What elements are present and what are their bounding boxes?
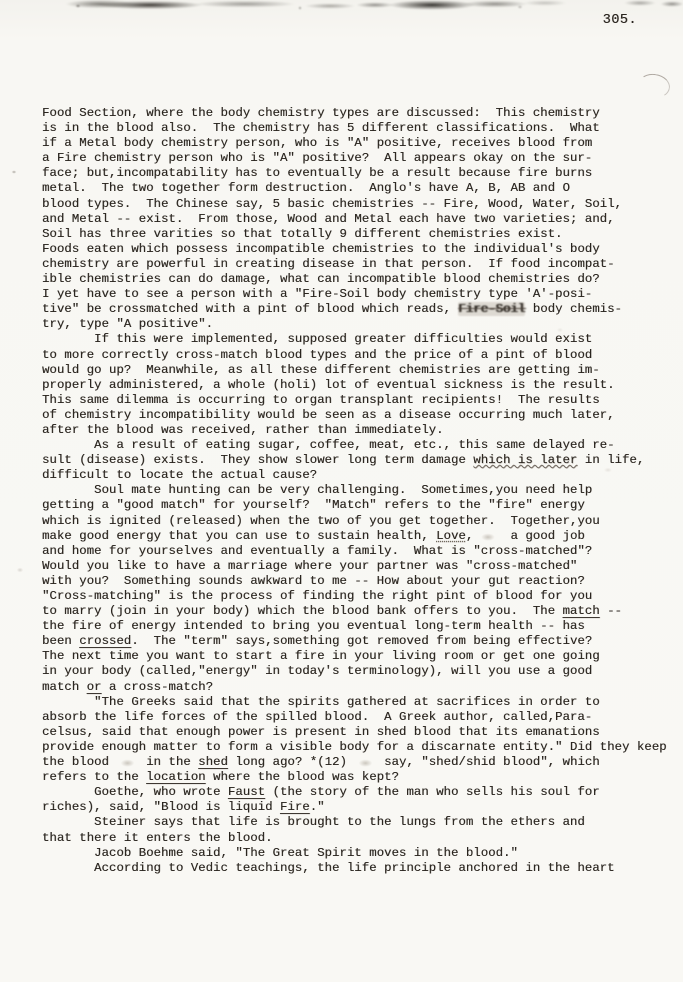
text-line: face; but,incompatability has to eventua… xyxy=(42,166,667,181)
text-line: provide enough matter to form a visible … xyxy=(42,740,667,755)
underlined-word: shed xyxy=(198,755,228,769)
text-line: been crossed. The "term" says,something … xyxy=(42,634,667,649)
text-line: Steiner says that life is brought to the… xyxy=(42,815,667,830)
text-line: Soil has three varities so that totally … xyxy=(42,227,667,242)
scan-edge-smudge xyxy=(0,0,683,20)
underlined-word: match xyxy=(563,604,600,618)
text-line: Goethe, who wrote Faust (the story of th… xyxy=(42,785,667,800)
text-line: The next time you want to start a fire i… xyxy=(42,649,667,664)
pen-arc-mark xyxy=(636,72,671,100)
text-line: "Cross-matching" is the process of findi… xyxy=(42,589,667,604)
text-line: with you? Something sounds awkward to me… xyxy=(42,574,667,589)
text-line: Jacob Boehme said, "The Great Spirit mov… xyxy=(42,846,667,861)
text-line: if a Metal body chemistry person, who is… xyxy=(42,136,667,151)
text-line: blood types. The Chinese say, 5 basic ch… xyxy=(42,197,667,212)
text-line: is in the blood also. The chemistry has … xyxy=(42,121,667,136)
text-line: refers to the location where the blood w… xyxy=(42,770,667,785)
pen-scribble: which is later xyxy=(473,453,577,467)
text-line: tive" be crossmatched with a pint of blo… xyxy=(42,302,667,317)
scanned-typewritten-page: 305. Food Section, where the body chemis… xyxy=(0,0,683,982)
page-number: 305. xyxy=(603,13,637,28)
underlined-word: Faust xyxy=(228,785,265,799)
faint-pencil-mark xyxy=(354,755,376,769)
text-line: Soul mate hunting can be very challengin… xyxy=(42,483,667,498)
underlined-word: crossed xyxy=(79,634,131,648)
text-line: and home for yourselves and eventually a… xyxy=(42,544,667,559)
text-line: in your body (called,"energy" in today's… xyxy=(42,664,667,679)
text-line: ible chemistries can do damage, what can… xyxy=(42,272,667,287)
text-line: make good energy that you can use to sus… xyxy=(42,529,667,544)
text-line: According to Vedic teachings, the life p… xyxy=(42,861,667,876)
text-line: chemistry are powerful in creating disea… xyxy=(42,257,667,272)
text-line: riches), said, "Blood is liquid Fire." xyxy=(42,800,667,815)
overtyped-correction: Fire-Soil xyxy=(458,302,525,316)
text-line: to more correctly cross-match blood type… xyxy=(42,348,667,363)
text-line: the blood in the shed long ago? *(12) sa… xyxy=(42,755,667,770)
underlined-word: location xyxy=(146,770,206,784)
text-line: the fire of energy intended to bring you… xyxy=(42,619,667,634)
inserted-word: Love xyxy=(436,529,466,543)
underlined-word: Fire xyxy=(280,800,310,814)
text-line: match or a cross-match? xyxy=(42,680,667,695)
text-line: I yet have to see a person with a "Fire-… xyxy=(42,287,667,302)
underlined-word: or xyxy=(87,680,102,694)
text-line: This same dilemma is occurring to organ … xyxy=(42,393,667,408)
text-line: try, type "A positive". xyxy=(42,317,667,332)
text-line: difficult to locate the actual cause? xyxy=(42,468,667,483)
text-line: would go up? Meanwhile, as all these dif… xyxy=(42,363,667,378)
text-line: If this were implemented, supposed great… xyxy=(42,332,667,347)
text-line: properly administered, a whole (holi) lo… xyxy=(42,378,667,393)
text-line: absorb the life forces of the spilled bl… xyxy=(42,710,667,725)
text-line: celsus, said that enough power is presen… xyxy=(42,725,667,740)
faint-pencil-mark xyxy=(116,755,138,769)
text-line: As a result of eating sugar, coffee, mea… xyxy=(42,438,667,453)
text-line: after the blood was received, rather tha… xyxy=(42,423,667,438)
text-line: Food Section, where the body chemistry t… xyxy=(42,106,667,121)
text-line: getting a "good match" for yourself? "Ma… xyxy=(42,498,667,513)
faint-pencil-mark xyxy=(473,529,503,543)
text-line: "The Greeks said that the spirits gather… xyxy=(42,695,667,710)
text-line: and Metal -- exist. From those, Wood and… xyxy=(42,212,667,227)
text-line: to marry (join in your body) which the b… xyxy=(42,604,667,619)
text-line: Foods eaten which possess incompatible c… xyxy=(42,242,667,257)
text-line: a Fire chemistry person who is "A" posit… xyxy=(42,151,667,166)
text-line: Would you like to have a marriage where … xyxy=(42,559,667,574)
text-line: that there it enters the blood. xyxy=(42,831,667,846)
text-line: which is ignited (released) when the two… xyxy=(42,514,667,529)
text-line: of chemistry incompatibility would be se… xyxy=(42,408,667,423)
text-line: metal. The two together form destruction… xyxy=(42,181,667,196)
text-line: sult (disease) exists. They show slower … xyxy=(42,453,667,468)
typewritten-text-block: Food Section, where the body chemistry t… xyxy=(42,106,667,876)
